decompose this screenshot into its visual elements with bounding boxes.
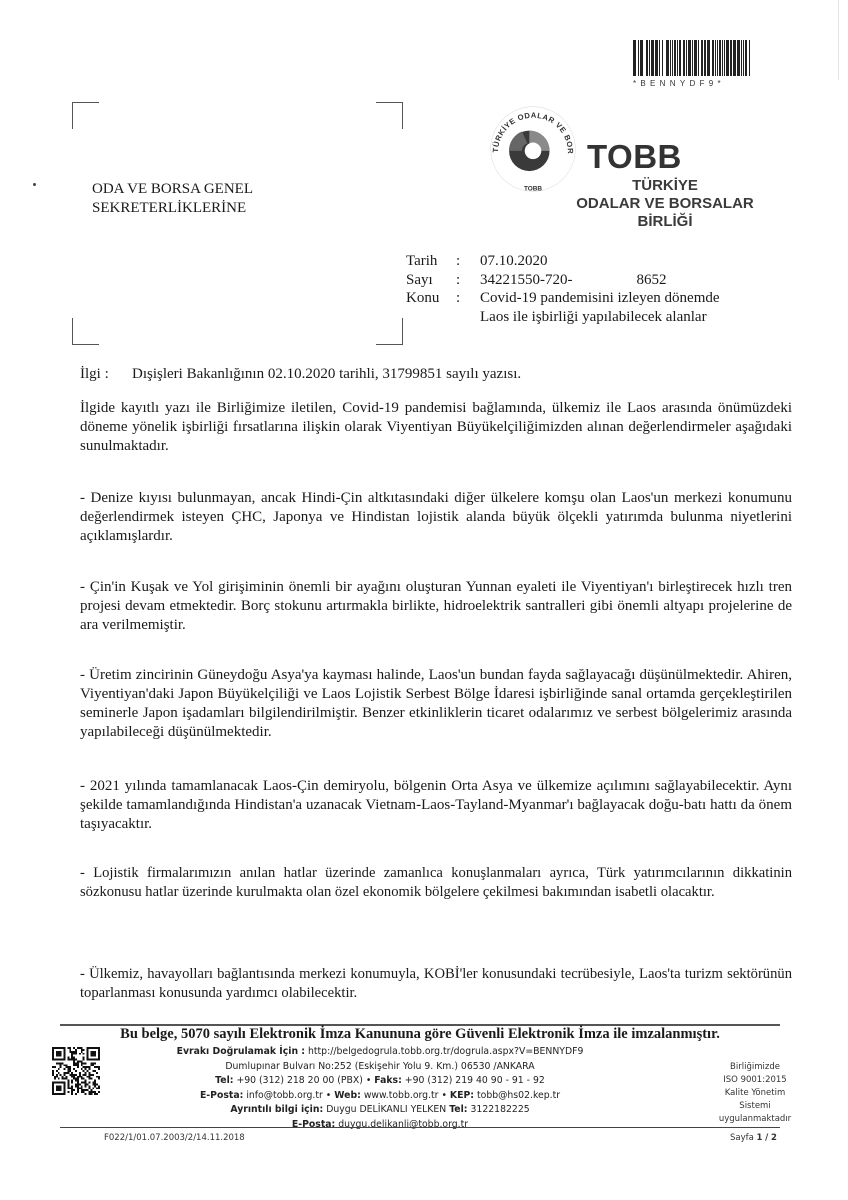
iso-line: Sistemi bbox=[700, 1100, 810, 1113]
meta-number-row: Sayı : 34221550-720- 8652 bbox=[406, 271, 760, 290]
bullet: • bbox=[326, 1090, 331, 1101]
body-paragraph: - Ülkemiz, havayolları bağlantısında mer… bbox=[80, 965, 792, 1003]
meta-subject-row: Konu : Covid-19 pandemisini izleyen döne… bbox=[406, 289, 760, 326]
fax-label: Faks: bbox=[374, 1075, 402, 1086]
body-paragraph: - 2021 yılında tamamlanacak Laos-Çin dem… bbox=[80, 777, 792, 834]
body-paragraph: - Lojistik firmalarımızın anılan hatlar … bbox=[80, 864, 792, 902]
tel-value: +90 (312) 218 20 00 (PBX) bbox=[236, 1075, 362, 1086]
page-label: Sayfa bbox=[730, 1133, 754, 1143]
colon: : bbox=[456, 271, 480, 290]
phone-line: Tel: +90 (312) 218 20 00 (PBX) • Faks: +… bbox=[170, 1074, 590, 1089]
svg-text:TOBB: TOBB bbox=[524, 185, 542, 192]
tobb-emblem-icon: TÜRKİYE ODALAR VE BORSALAR BİRLİĞİ TOBB bbox=[487, 103, 579, 195]
letter-meta: Tarih : 07.10.2020 Sayı : 34221550-720- … bbox=[406, 252, 760, 326]
scan-artifact-line bbox=[838, 0, 839, 80]
page-total: 2 bbox=[771, 1133, 777, 1143]
recipient-line-2: SEKRETERLİKLERİNE bbox=[92, 199, 253, 218]
address-window-corner-tl bbox=[72, 102, 99, 129]
reference-line: İlgi : Dışişleri Bakanlığının 02.10.2020… bbox=[80, 366, 521, 383]
colon: : bbox=[456, 289, 480, 326]
contact-tel-label: Tel: bbox=[449, 1104, 467, 1115]
page-indicator: Sayfa 1 / 2 bbox=[730, 1133, 777, 1143]
contact-name: Duygu DELİKANLI YELKEN bbox=[326, 1104, 446, 1115]
verify-line: Evrakı Doğrulamak İçin : http://belgedog… bbox=[170, 1045, 590, 1060]
contact-email-line: E-Posta: duygu.delikanli@tobb.org.tr bbox=[170, 1118, 590, 1133]
form-code: F022/1/01.07.2003/2/14.11.2018 bbox=[104, 1133, 245, 1143]
reference-label: İlgi : bbox=[80, 366, 132, 383]
logo-line-1: TÜRKİYE bbox=[570, 177, 760, 195]
logo-organization-name: TÜRKİYE ODALAR VE BORSALAR BİRLİĞİ bbox=[570, 177, 760, 231]
body-paragraph: - Üretim zincirinin Güneydoğu Asya'ya ka… bbox=[80, 666, 792, 742]
iso-certification-note: Birliğimizde ISO 9001:2015 Kalite Yöneti… bbox=[700, 1061, 810, 1126]
contact-line: Ayrıntılı bilgi için: Duygu DELİKANLI YE… bbox=[170, 1103, 590, 1118]
number-label: Sayı bbox=[406, 271, 456, 290]
contact-email-link[interactable]: duygu.delikanli@tobb.org.tr bbox=[338, 1119, 468, 1130]
iso-line: uygulanmaktadır bbox=[700, 1113, 810, 1126]
logo-acronym: TOBB bbox=[587, 138, 682, 176]
meta-date-row: Tarih : 07.10.2020 bbox=[406, 252, 760, 271]
web-label: Web: bbox=[334, 1090, 361, 1101]
scan-artifact-dot bbox=[33, 183, 36, 186]
bullet: • bbox=[441, 1090, 446, 1101]
subject-line-2: Laos ile işbirliği yapılabilecek alanlar bbox=[480, 308, 760, 327]
contact-email-label: E-Posta: bbox=[292, 1119, 335, 1130]
subject-label: Konu bbox=[406, 289, 456, 326]
footer-divider-bottom bbox=[60, 1127, 780, 1128]
document-barcode bbox=[633, 40, 751, 80]
web-link[interactable]: www.tobb.org.tr bbox=[364, 1090, 439, 1101]
qr-code-icon[interactable] bbox=[52, 1047, 100, 1095]
verify-label: Evrakı Doğrulamak İçin : bbox=[177, 1046, 305, 1057]
verify-link[interactable]: http://belgedogrula.tobb.org.tr/dogrula.… bbox=[308, 1046, 583, 1057]
page-separator: / bbox=[765, 1133, 768, 1143]
logo-line-2: ODALAR VE BORSALAR bbox=[570, 195, 760, 213]
address-window-corner-br bbox=[376, 318, 403, 345]
contact-tel-value: 3122182225 bbox=[471, 1104, 530, 1115]
bullet: • bbox=[366, 1075, 371, 1086]
body-paragraph-intro: İlgide kayıtlı yazı ile Birliğimize ilet… bbox=[80, 399, 792, 456]
recipient-line-1: ODA VE BORSA GENEL bbox=[92, 180, 253, 199]
email-web-line: E-Posta: info@tobb.org.tr • Web: www.tob… bbox=[170, 1089, 590, 1104]
email-link[interactable]: info@tobb.org.tr bbox=[246, 1090, 323, 1101]
date-label: Tarih bbox=[406, 252, 456, 271]
iso-line: Birliğimizde bbox=[700, 1061, 810, 1074]
logo-line-3: BİRLİĞİ bbox=[570, 213, 760, 231]
kep-value: tobb@hs02.kep.tr bbox=[477, 1090, 560, 1101]
tel-label: Tel: bbox=[215, 1075, 233, 1086]
body-paragraph: - Denize kıyısı bulunmayan, ancak Hindi-… bbox=[80, 489, 792, 546]
iso-line: ISO 9001:2015 bbox=[700, 1074, 810, 1087]
body-paragraph: - Çin'in Kuşak ve Yol girişiminin önemli… bbox=[80, 578, 792, 635]
address-window-corner-tr bbox=[376, 102, 403, 129]
email-label: E-Posta: bbox=[200, 1090, 243, 1101]
number-value: 34221550-720- bbox=[480, 271, 573, 290]
address-window-corner-bl bbox=[72, 318, 99, 345]
address-line: Dumlupınar Bulvarı No:252 (Eskişehir Yol… bbox=[170, 1060, 590, 1075]
page-current: 1 bbox=[757, 1133, 763, 1143]
reference-text: Dışişleri Bakanlığının 02.10.2020 tarihl… bbox=[132, 366, 521, 383]
footer-contact-info: Evrakı Doğrulamak İçin : http://belgedog… bbox=[170, 1045, 590, 1133]
kep-label: KEP: bbox=[450, 1090, 474, 1101]
subject-line-1: Covid-19 pandemisini izleyen dönemde bbox=[480, 289, 760, 308]
e-signature-notice: Bu belge, 5070 sayılı Elektronik İmza Ka… bbox=[60, 1026, 780, 1043]
iso-line: Kalite Yönetim bbox=[700, 1087, 810, 1100]
date-value: 07.10.2020 bbox=[480, 252, 548, 271]
number-suffix: 8652 bbox=[637, 271, 667, 290]
contact-label: Ayrıntılı bilgi için: bbox=[230, 1104, 323, 1115]
recipient-block: ODA VE BORSA GENEL SEKRETERLİKLERİNE bbox=[92, 180, 253, 218]
colon: : bbox=[456, 252, 480, 271]
fax-value: +90 (312) 219 40 90 - 91 - 92 bbox=[405, 1075, 545, 1086]
barcode-text: *BENNYDF9* bbox=[633, 79, 751, 88]
